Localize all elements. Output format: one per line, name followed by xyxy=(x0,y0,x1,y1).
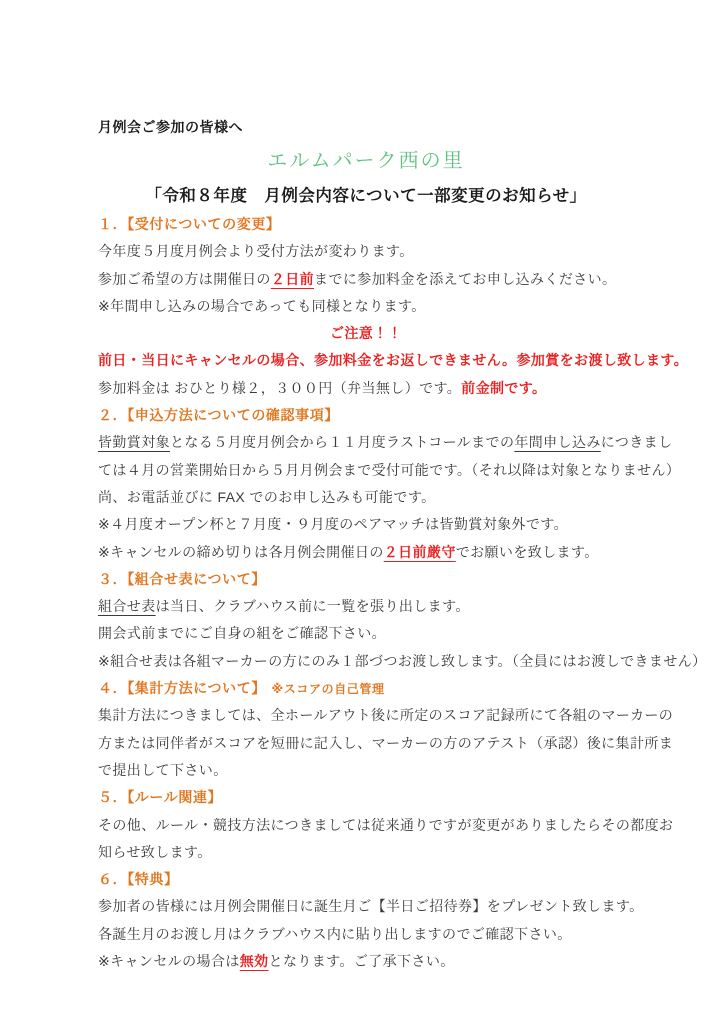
text-run: でお願いを致します。 xyxy=(456,544,599,560)
text-run: 開会式前までにご自身の組をご確認下さい。 xyxy=(98,625,386,641)
section-heading: ５．【ルール関連】 xyxy=(98,784,634,811)
text-run: 前日・当日にキャンセルの場合、参加料金をお返しできません。参加賞をお渡し致します… xyxy=(98,352,688,368)
text-run: ４．【集計方法について】 xyxy=(98,680,259,696)
paragraph: 皆勤賞対象となる５月度月例会から１１月度ラストコールまでの年間申し込みにつきまし xyxy=(98,429,634,456)
text-run: その他、ルール・競技方法につきましては従来通りですが変更がありましたらその都度お xyxy=(98,817,673,833)
text-run: 参加料金は おひとり様２，３００円（弁当無し）です。 xyxy=(98,380,461,396)
text-run: 尚、お電話並びに FAX でのお申し込みも可能です。 xyxy=(98,489,436,505)
section-heading: ４．【集計方法について】 ※スコアの自己管理 xyxy=(98,675,634,702)
text-run: ５．【ルール関連】 xyxy=(98,789,222,805)
club-name-title: エルムパーク西の里 xyxy=(98,141,634,181)
text-run: となる５月度月例会から１１月度ラストコールまでの xyxy=(170,434,514,450)
text-run: 参加者の皆様には月例会開催日に誕生月ご【半日ご招待券】をプレゼント致します。 xyxy=(98,898,644,914)
text-run: ２日前 xyxy=(271,271,314,287)
paragraph: ※組合せ表は各組マーカーの方にのみ１部づつお渡し致します。（全員にはお渡しできま… xyxy=(98,648,634,675)
text-run: となります。ご了承下さい。 xyxy=(269,953,455,969)
paragraph: 知らせ致します。 xyxy=(98,839,634,866)
text-run: は当日、クラブハウス前に一覧を張り出します。 xyxy=(156,598,470,614)
paragraph: 集計方法につきましては、全ホールアウト後に所定のスコア記録所にて各組のマーカーの xyxy=(98,702,634,729)
paragraph: その他、ルール・競技方法につきましては従来通りですが変更がありましたらその都度お xyxy=(98,812,634,839)
text-run: 各誕生月のお渡し月はクラブハウス内に貼り出しますのでご確認下さい。 xyxy=(98,926,572,942)
text-run: 前金制です。 xyxy=(461,380,546,396)
text-run: ※スコアの自己管理 xyxy=(259,682,385,696)
text-run: 皆勤賞対象 xyxy=(98,434,170,450)
paragraph: ※キャンセルの場合は無効となります。ご了承下さい。 xyxy=(98,948,634,975)
paragraph: 参加ご希望の方は開催日の２日前までに参加料金を添えてお申し込みください。 xyxy=(98,266,634,293)
text-run: で提出して下さい。 xyxy=(98,762,228,778)
text-run: ３．【組合せ表について】 xyxy=(98,571,266,587)
text-run: ご注意！！ xyxy=(330,325,402,341)
paragraph: 各誕生月のお渡し月はクラブハウス内に貼り出しますのでご確認下さい。 xyxy=(98,921,634,948)
section-heading: ６．【特典】 xyxy=(98,866,634,893)
text-run: 今年度５月度月例会より受付方法が変わります。 xyxy=(98,243,414,259)
text-run: 参加ご希望の方は開催日の xyxy=(98,271,271,287)
document-page: 月例会ご参加の皆様へ エルムパーク西の里 「令和８年度 月例会内容について一部変… xyxy=(0,0,724,1024)
notice-title: 「令和８年度 月例会内容について一部変更のお知らせ」 xyxy=(98,181,634,211)
text-run: までに参加料金を添えてお申し込みください。 xyxy=(314,271,616,287)
document-salutation: 月例会ご参加の皆様へ xyxy=(98,113,634,141)
text-run: 組合せ表 xyxy=(98,598,156,614)
paragraph: 今年度５月度月例会より受付方法が変わります。 xyxy=(98,238,634,265)
text-run: ※４月度オープン杯と７月度・９月度のペアマッチは皆勤賞対象外です。 xyxy=(98,516,568,532)
text-run: ※年間申し込みの場合であっても同様となります。 xyxy=(98,298,426,314)
paragraph: で提出して下さい。 xyxy=(98,757,634,784)
text-run: 知らせ致します。 xyxy=(98,844,212,860)
section-heading: ３．【組合せ表について】 xyxy=(98,566,634,593)
paragraph: 尚、お電話並びに FAX でのお申し込みも可能です。 xyxy=(98,484,634,511)
section-heading: ２．【申込方法についての確認事項】 xyxy=(98,402,634,429)
text-run: 集計方法につきましては、全ホールアウト後に所定のスコア記録所にて各組のマーカーの xyxy=(98,707,673,723)
text-run: ては４月の営業開始日から５月月例会まで受付可能です。（それ以降は対象となりません… xyxy=(98,462,680,478)
text-run: ２日前厳守 xyxy=(384,544,456,560)
text-run: ２．【申込方法についての確認事項】 xyxy=(98,407,339,423)
paragraph: ご注意！！ xyxy=(98,320,634,347)
paragraph: 方または同伴者がスコアを短冊に記入し、マーカーの方のアテスト（承認）後に集計所ま xyxy=(98,730,634,757)
paragraph: ※４月度オープン杯と７月度・９月度のペアマッチは皆勤賞対象外です。 xyxy=(98,511,634,538)
paragraph: 前日・当日にキャンセルの場合、参加料金をお返しできません。参加賞をお渡し致します… xyxy=(98,347,634,374)
text-run: ※キャンセルの場合は xyxy=(98,953,240,969)
paragraph: 組合せ表は当日、クラブハウス前に一覧を張り出します。 xyxy=(98,593,634,620)
text-run: １．【受付についての変更】 xyxy=(98,216,281,232)
text-run: につきまし xyxy=(601,434,673,450)
document-body: １．【受付についての変更】今年度５月度月例会より受付方法が変わります。参加ご希望… xyxy=(98,211,634,975)
section-heading: １．【受付についての変更】 xyxy=(98,211,634,238)
paragraph: ては４月の営業開始日から５月月例会まで受付可能です。（それ以降は対象となりません… xyxy=(98,457,634,484)
text-run: 年間申し込み xyxy=(514,434,600,450)
text-run: ※キャンセルの締め切りは各月例会開催日の xyxy=(98,544,384,560)
text-run: ６．【特典】 xyxy=(98,871,179,887)
text-run: ※組合せ表は各組マーカーの方にのみ１部づつお渡し致します。（全員にはお渡しできま… xyxy=(98,653,707,669)
paragraph: 参加者の皆様には月例会開催日に誕生月ご【半日ご招待券】をプレゼント致します。 xyxy=(98,893,634,920)
paragraph: 参加料金は おひとり様２，３００円（弁当無し）です。前金制です。 xyxy=(98,375,634,402)
text-run: 無効 xyxy=(240,953,269,969)
paragraph: ※年間申し込みの場合であっても同様となります。 xyxy=(98,293,634,320)
text-run: 方または同伴者がスコアを短冊に記入し、マーカーの方のアテスト（承認）後に集計所ま xyxy=(98,735,673,751)
paragraph: 開会式前までにご自身の組をご確認下さい。 xyxy=(98,620,634,647)
paragraph: ※キャンセルの締め切りは各月例会開催日の２日前厳守でお願いを致します。 xyxy=(98,539,634,566)
